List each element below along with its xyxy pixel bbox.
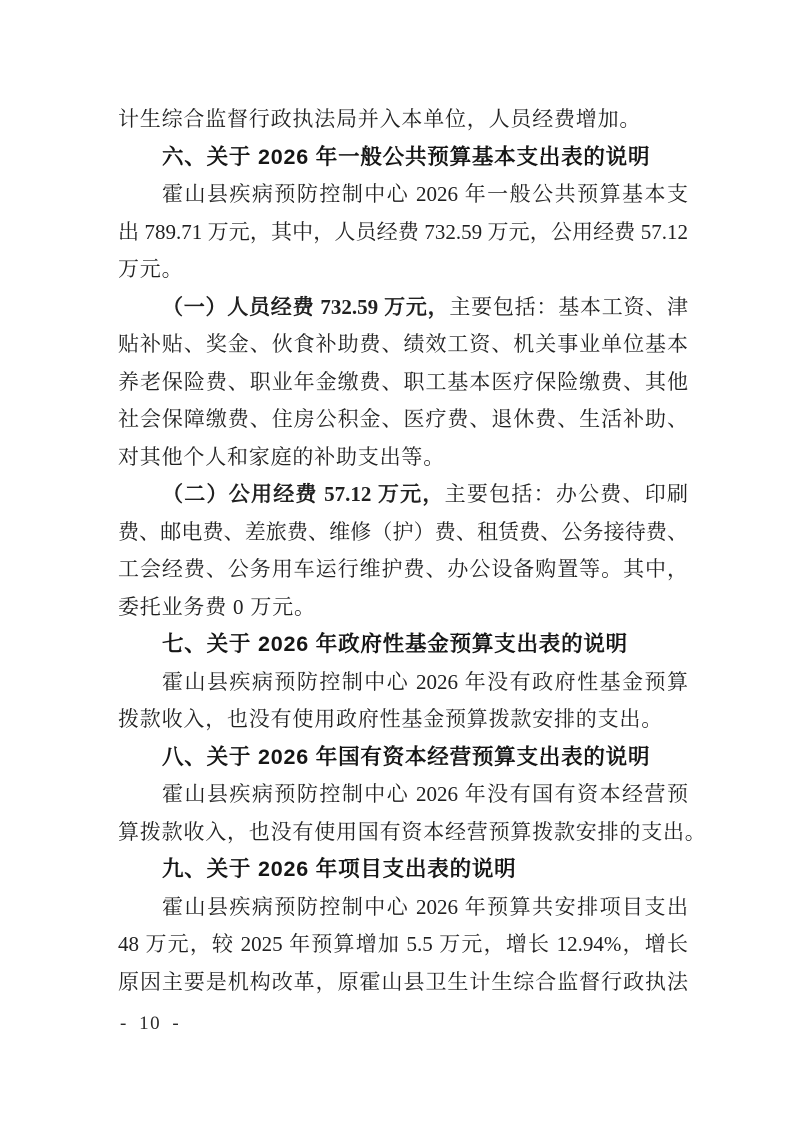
text-segment: （二）公用经费 57.12 万元， xyxy=(162,482,445,506)
text-segment: 主要包括：办公费、印刷 xyxy=(445,482,688,506)
text-line: 拨款收入，也没有使用政府性基金预算拨款安排的支出。 xyxy=(118,701,688,739)
text-line: 工会经费、公务用车运行维护费、办公设备购置等。其中， xyxy=(118,551,688,589)
text-segment: 计生综合监督行政执法局并入本单位，人员经费增加。 xyxy=(118,107,641,131)
text-segment: 费、邮电费、差旅费、维修（护）费、租赁费、公务接待费、 xyxy=(118,520,688,544)
text-segment: 贴补贴、奖金、伙食补助费、绩效工资、机关事业单位基本 xyxy=(118,332,688,356)
document-body: 计生综合监督行政执法局并入本单位，人员经费增加。六、关于 2026 年一般公共预… xyxy=(118,101,688,1001)
text-line: 委托业务费 0 万元。 xyxy=(118,589,688,627)
text-line: 出 789.71 万元，其中，人员经费 732.59 万元，公用经费 57.12 xyxy=(118,214,688,252)
text-segment: 算拨款收入，也没有使用国有资本经营预算拨款安排的支出。 xyxy=(118,820,707,844)
text-line: 48 万元，较 2025 年预算增加 5.5 万元，增长 12.94%，增长 xyxy=(118,926,688,964)
text-segment: 对其他个人和家庭的补助支出等。 xyxy=(118,445,445,469)
text-line: 七、关于 2026 年政府性基金预算支出表的说明 xyxy=(118,626,688,664)
text-line: 养老保险费、职业年金缴费、职工基本医疗保险缴费、其他 xyxy=(118,364,688,402)
text-line: 社会保障缴费、住房公积金、医疗费、退休费、生活补助、 xyxy=(118,401,688,439)
text-line: 霍山县疾病预防控制中心 2026 年一般公共预算基本支 xyxy=(118,176,688,214)
text-segment: 七、关于 2026 年政府性基金预算支出表的说明 xyxy=(162,632,628,656)
document-page: 计生综合监督行政执法局并入本单位，人员经费增加。六、关于 2026 年一般公共预… xyxy=(0,0,793,1122)
text-segment: 主要包括：基本工资、津 xyxy=(449,295,688,319)
page-number: - 10 - xyxy=(120,1013,180,1035)
para-project-expenditure: 霍山县疾病预防控制中心 2026 年预算共安排项目支出48 万元，较 2025 … xyxy=(118,889,688,1002)
para-government-fund-budget: 霍山县疾病预防控制中心 2026 年没有政府性基金预算拨款收入，也没有使用政府性… xyxy=(118,664,688,739)
text-line: 九、关于 2026 年项目支出表的说明 xyxy=(118,851,688,889)
text-segment: 霍山县疾病预防控制中心 2026 年没有政府性基金预算 xyxy=(162,670,688,694)
text-segment: 社会保障缴费、住房公积金、医疗费、退休费、生活补助、 xyxy=(118,407,688,431)
text-segment: 出 789.71 万元，其中，人员经费 732.59 万元，公用经费 57.12 xyxy=(118,220,688,244)
text-segment: 原因主要是机构改革，原霍山县卫生计生综合监督行政执法 xyxy=(118,970,688,994)
text-segment: 万元。 xyxy=(118,257,183,281)
text-line: 霍山县疾病预防控制中心 2026 年预算共安排项目支出 xyxy=(118,889,688,927)
text-segment: 养老保险费、职业年金缴费、职工基本医疗保险缴费、其他 xyxy=(118,370,688,394)
text-line: （二）公用经费 57.12 万元，主要包括：办公费、印刷 xyxy=(118,476,688,514)
text-line: 八、关于 2026 年国有资本经营预算支出表的说明 xyxy=(118,739,688,777)
text-line: 计生综合监督行政执法局并入本单位，人员经费增加。 xyxy=(118,101,688,139)
para-personnel-funds: （一）人员经费 732.59 万元，主要包括：基本工资、津贴补贴、奖金、伙食补助… xyxy=(118,289,688,477)
text-line: 费、邮电费、差旅费、维修（护）费、租赁费、公务接待费、 xyxy=(118,514,688,552)
heading-section-9: 九、关于 2026 年项目支出表的说明 xyxy=(118,851,688,889)
text-segment: 霍山县疾病预防控制中心 2026 年预算共安排项目支出 xyxy=(162,895,688,919)
heading-section-6: 六、关于 2026 年一般公共预算基本支出表的说明 xyxy=(118,139,688,177)
text-segment: 九、关于 2026 年项目支出表的说明 xyxy=(162,857,516,881)
para-state-capital-budget: 霍山县疾病预防控制中心 2026 年没有国有资本经营预算拨款收入，也没有使用国有… xyxy=(118,776,688,851)
para-carryover-from-previous-page: 计生综合监督行政执法局并入本单位，人员经费增加。 xyxy=(118,101,688,139)
text-segment: 八、关于 2026 年国有资本经营预算支出表的说明 xyxy=(162,745,650,769)
text-segment: 48 万元，较 2025 年预算增加 5.5 万元，增长 12.94%，增长 xyxy=(118,932,688,956)
text-segment: 工会经费、公务用车运行维护费、办公设备购置等。其中， xyxy=(118,557,688,581)
text-segment: 六、关于 2026 年一般公共预算基本支出表的说明 xyxy=(162,145,650,169)
text-line: 算拨款收入，也没有使用国有资本经营预算拨款安排的支出。 xyxy=(118,814,688,852)
text-line: 原因主要是机构改革，原霍山县卫生计生综合监督行政执法 xyxy=(118,964,688,1002)
text-line: 六、关于 2026 年一般公共预算基本支出表的说明 xyxy=(118,139,688,177)
text-segment: 霍山县疾病预防控制中心 2026 年没有国有资本经营预 xyxy=(162,782,688,806)
heading-section-8: 八、关于 2026 年国有资本经营预算支出表的说明 xyxy=(118,739,688,777)
text-line: 霍山县疾病预防控制中心 2026 年没有国有资本经营预 xyxy=(118,776,688,814)
text-segment: （一）人员经费 732.59 万元， xyxy=(162,295,449,319)
text-line: 贴补贴、奖金、伙食补助费、绩效工资、机关事业单位基本 xyxy=(118,326,688,364)
heading-section-7: 七、关于 2026 年政府性基金预算支出表的说明 xyxy=(118,626,688,664)
para-basic-expenditure-total: 霍山县疾病预防控制中心 2026 年一般公共预算基本支出 789.71 万元，其… xyxy=(118,176,688,289)
text-line: 万元。 xyxy=(118,251,688,289)
text-segment: 委托业务费 0 万元。 xyxy=(118,595,316,619)
text-line: 对其他个人和家庭的补助支出等。 xyxy=(118,439,688,477)
text-line: （一）人员经费 732.59 万元，主要包括：基本工资、津 xyxy=(118,289,688,327)
text-line: 霍山县疾病预防控制中心 2026 年没有政府性基金预算 xyxy=(118,664,688,702)
text-segment: 霍山县疾病预防控制中心 2026 年一般公共预算基本支 xyxy=(162,182,688,206)
para-public-funds: （二）公用经费 57.12 万元，主要包括：办公费、印刷费、邮电费、差旅费、维修… xyxy=(118,476,688,626)
text-segment: 拨款收入，也没有使用政府性基金预算拨款安排的支出。 xyxy=(118,707,663,731)
